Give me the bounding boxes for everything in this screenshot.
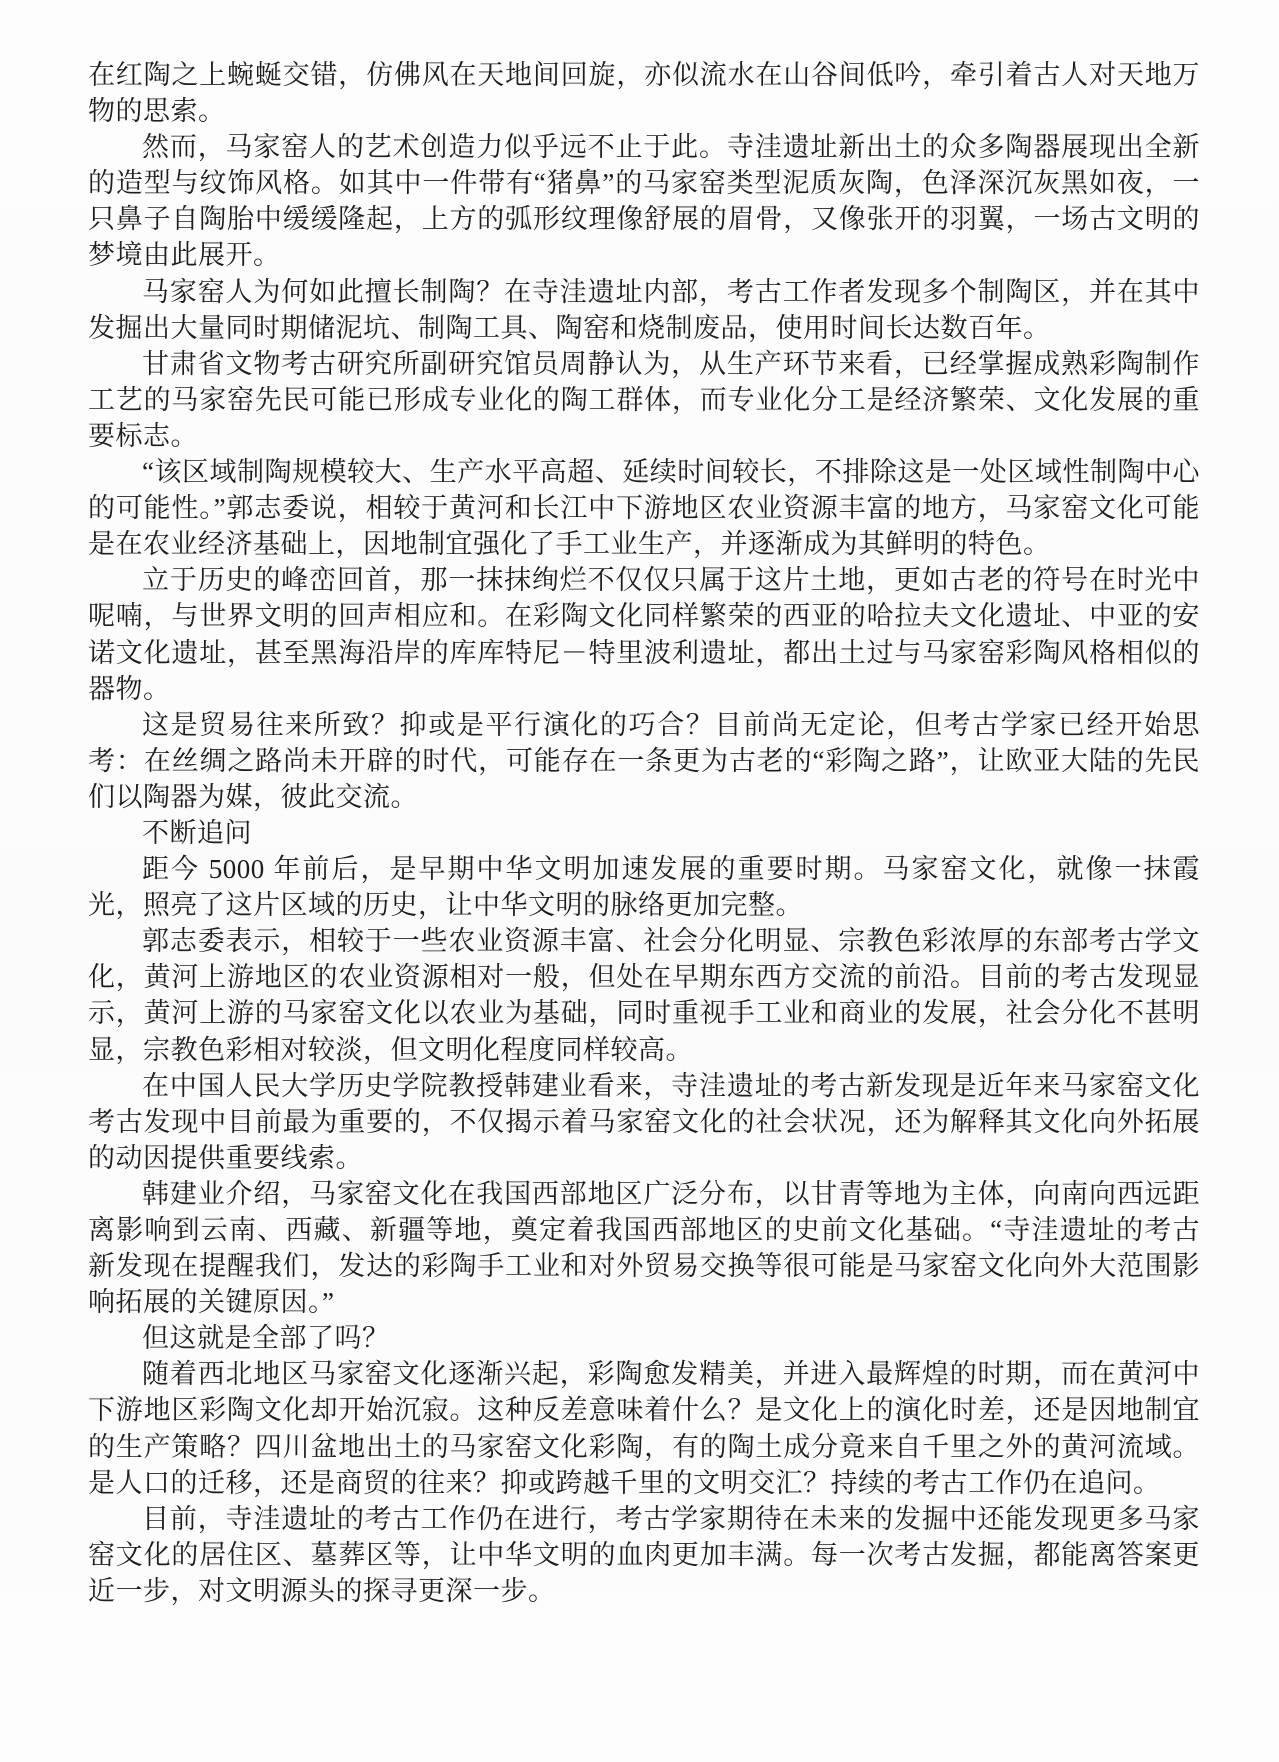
paragraph: 距今 5000 年前后，是早期中华文明加速发展的重要时期。马家窑文化，就像一抹霞… (88, 851, 1200, 923)
paragraph: 随着西北地区马家窑文化逐渐兴起，彩陶愈发精美，并进入最辉煌的时期，而在黄河中下游… (88, 1356, 1200, 1500)
paragraph: 这是贸易往来所致？抑或是平行演化的巧合？目前尚无定论，但考古学家已经开始思考：在… (88, 707, 1200, 815)
article-text: 在红陶之上蜿蜒交错，仿佛风在天地间回旋，亦似流水在山谷间低吟，牵引着古人对天地万… (88, 57, 1200, 1609)
paragraph: 然而，马家窑人的艺术创造力似乎远不止于此。寺洼遗址新出土的众多陶器展现出全新的造… (88, 129, 1200, 273)
paragraph: 马家窑人为何如此擅长制陶？在寺洼遗址内部，考古工作者发现多个制陶区，并在其中发掘… (88, 274, 1200, 346)
paragraph: 但这就是全部了吗？ (88, 1320, 1200, 1356)
paragraph: 在中国人民大学历史学院教授韩建业看来，寺洼遗址的考古新发现是近年来马家窑文化考古… (88, 1068, 1200, 1176)
paragraph: 甘肃省文物考古研究所副研究馆员周静认为，从生产环节来看，已经掌握成熟彩陶制作工艺… (88, 346, 1200, 454)
paragraph: 郭志委表示，相较于一些农业资源丰富、社会分化明显、宗教色彩浓厚的东部考古学文化，… (88, 923, 1200, 1067)
paragraph: 立于历史的峰峦回首，那一抹抹绚烂不仅仅只属于这片土地，更如古老的符号在时光中呢喃… (88, 562, 1200, 706)
paragraph: 目前，寺洼遗址的考古工作仍在进行，考古学家期待在未来的发掘中还能发现更多马家窑文… (88, 1501, 1200, 1609)
document-page: 在红陶之上蜿蜒交错，仿佛风在天地间回旋，亦似流水在山谷间低吟，牵引着古人对天地万… (0, 0, 1279, 1762)
paragraph: 韩建业介绍，马家窑文化在我国西部地区广泛分布，以甘青等地为主体，向南向西远距离影… (88, 1176, 1200, 1320)
paragraph: 在红陶之上蜿蜒交错，仿佛风在天地间回旋，亦似流水在山谷间低吟，牵引着古人对天地万… (88, 57, 1200, 129)
paragraph: “该区域制陶规模较大、生产水平高超、延续时间较长，不排除这是一处区域性制陶中心的… (88, 454, 1200, 562)
paragraph: 不断追问 (88, 815, 1200, 851)
